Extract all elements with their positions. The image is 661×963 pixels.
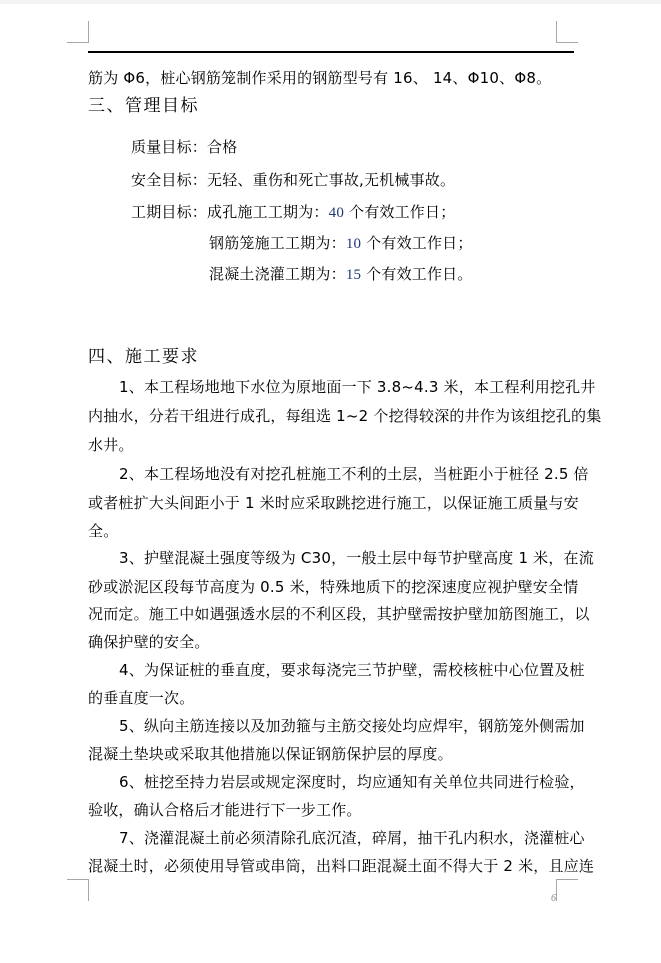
paragraph-line: 或者桩扩大头间距小于 1 米时应采取跳挖进行施工，以保证施工质量与安 bbox=[88, 493, 579, 513]
schedule-suffix: 个有效工作日。 bbox=[361, 265, 472, 283]
schedule-concrete-pouring: 混凝土浇灌工期为：15 个有效工作日。 bbox=[209, 264, 473, 285]
continuation-line: 筋为 Φ6，桩心钢筋笼制作采用的钢筋型号有 16、 14、Φ10、Φ8。 bbox=[88, 68, 551, 88]
paragraph-line: 4、为保证桩的垂直度，要求每浇完三节护壁，需校核桩中心位置及桩 bbox=[119, 660, 585, 680]
section-heading-management-goals: 三、管理目标 bbox=[88, 96, 199, 116]
paragraph-line: 混凝土时，必须使用导管或串筒，出料口距混凝土面不得大于 2 米，且应连 bbox=[88, 856, 594, 876]
paragraph-line: 混凝土垫块或采取其他措施以保证钢筋保护层的厚度。 bbox=[88, 744, 453, 764]
paragraph-line: 2、本工程场地没有对挖孔桩施工不利的土层，当桩距小于桩径 2.5 倍 bbox=[119, 464, 589, 484]
corner-mark-top-right bbox=[556, 21, 578, 43]
paragraph-line: 7、浇灌混凝土前必须清除孔底沉渣，碎屑，抽干孔内积水，浇灌桩心 bbox=[119, 828, 585, 848]
page-number: 6 bbox=[551, 893, 556, 904]
paragraph-line: 6、桩挖至持力岩层或规定深度时，均应通知有关单位共同进行检验， bbox=[119, 772, 585, 792]
paragraph-line: 的垂直度一次。 bbox=[88, 688, 194, 708]
corner-mark-bottom-left bbox=[67, 879, 89, 901]
paragraph-line: 况而定。施工中如遇强透水层的不利区段，其护壁需按护壁加筋图施工，以 bbox=[88, 604, 590, 624]
goal-label: 工期目标： bbox=[131, 203, 207, 221]
goal-value: 无轻、重伤和死亡事故,无机械事故。 bbox=[207, 171, 455, 189]
paragraph-line: 1、本工程场地地下水位为原地面一下 3.8~4.3 米，本工程利用挖孔井 bbox=[119, 377, 596, 397]
page-top-strip bbox=[0, 0, 661, 4]
paragraph-line: 确保护壁的安全。 bbox=[88, 632, 210, 652]
goal-quality: 质量目标：合格 bbox=[131, 137, 237, 157]
paragraph-line: 水井。 bbox=[88, 435, 134, 455]
paragraph-line: 砂或淤泥区段每节高度为 0.5 米，特殊地质下的挖深速度应视护壁安全情 bbox=[88, 577, 578, 597]
goal-value: 合格 bbox=[207, 138, 237, 156]
corner-mark-top-left bbox=[67, 21, 89, 43]
section-heading-construction-requirements: 四、施工要求 bbox=[88, 347, 199, 367]
goal-value-prefix: 成孔施工工期为： bbox=[207, 203, 329, 221]
paragraph-line: 验收，确认合格后才能进行下一步工作。 bbox=[88, 800, 362, 820]
corner-mark-bottom-right bbox=[556, 879, 578, 901]
goal-label: 质量目标： bbox=[131, 138, 207, 156]
goal-value-suffix: 个有效工作日； bbox=[344, 203, 455, 221]
schedule-rebar-cage: 钢筋笼施工工期为：10 个有效工作日； bbox=[209, 233, 473, 254]
goal-label: 安全目标： bbox=[131, 171, 207, 189]
paragraph-line: 全。 bbox=[88, 521, 118, 541]
goal-days: 40 bbox=[329, 205, 344, 221]
goal-schedule: 工期目标：成孔施工工期为：40 个有效工作日； bbox=[131, 202, 455, 223]
header-rule bbox=[88, 51, 574, 53]
paragraph-line: 3、护壁混凝土强度等级为 C30，一般土层中每节护壁高度 1 米，在流 bbox=[119, 548, 594, 568]
schedule-days: 10 bbox=[346, 236, 361, 252]
paragraph-line: 5、纵向主筋连接以及加劲箍与主筋交接处均应焊牢，钢筋笼外侧需加 bbox=[119, 716, 585, 736]
paragraph-line: 内抽水，分若干组进行成孔，每组选 1~2 个挖得较深的井作为该组挖孔的集 bbox=[88, 406, 601, 426]
schedule-days: 15 bbox=[346, 267, 361, 283]
schedule-prefix: 混凝土浇灌工期为： bbox=[209, 265, 346, 283]
schedule-prefix: 钢筋笼施工工期为： bbox=[209, 234, 346, 252]
goal-safety: 安全目标：无轻、重伤和死亡事故,无机械事故。 bbox=[131, 170, 455, 190]
schedule-suffix: 个有效工作日； bbox=[361, 234, 472, 252]
